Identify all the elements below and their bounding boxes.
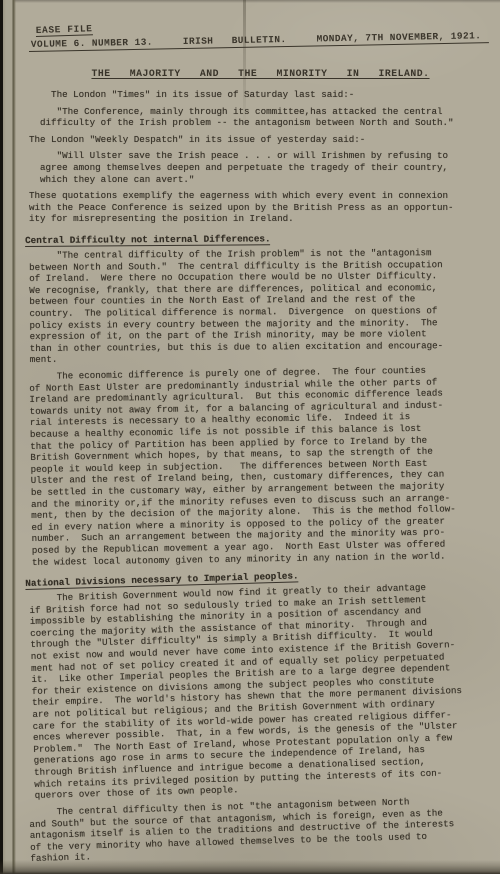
file-label: EASE FILE <box>36 23 93 37</box>
text-line: "Will Ulster save the Irish peace . . . … <box>29 150 492 162</box>
text-line: which they alone can avert." <box>29 174 492 186</box>
text-line: The London "Weekly Despatch" in its issu… <box>29 134 492 146</box>
paper: EASE FILE VOLUME 6. NUMBER 13. IRISH BUL… <box>16 0 500 874</box>
page-bottom-edge <box>0 860 500 874</box>
text-line: The London "Times" in its issue of Satur… <box>29 89 492 101</box>
page-left-edge <box>0 0 16 874</box>
paragraph: The London "Weekly Despatch" in its issu… <box>29 134 492 146</box>
text-line: with the Peace Conference is seized upon… <box>29 202 492 214</box>
paragraph: "The central difficulty of the Irish pro… <box>29 247 493 366</box>
paragraph: The British Government would now find it… <box>29 580 498 802</box>
paragraph: The economic difference is purely one of… <box>29 364 495 568</box>
paragraph: "The Conference, mainly through its comm… <box>29 106 492 129</box>
text-line: difficulty of the Irish problem -- the a… <box>29 117 492 129</box>
heading-text: Central Difficulty not internal Differen… <box>25 233 271 247</box>
text-line: These quotations exemplify the eagerness… <box>29 190 492 202</box>
page-title-text: THE MAJORITY AND THE MINORITY IN IRELAND… <box>91 68 429 79</box>
text-line: agree among themselves deepen and perpet… <box>29 162 492 174</box>
masthead: EASE FILE VOLUME 6. NUMBER 13. IRISH BUL… <box>29 20 492 52</box>
page-title: THE MAJORITY AND THE MINORITY IN IRELAND… <box>29 68 492 79</box>
paragraph: The central difficulty then is not "the … <box>29 794 493 865</box>
paragraph: The London "Times" in its issue of Satur… <box>29 89 492 101</box>
text-line: "The Conference, mainly through its comm… <box>29 106 492 118</box>
issue-date: MONDAY, 7TH NOVEMBER, 1921. <box>316 30 481 44</box>
scanned-page: EASE FILE VOLUME 6. NUMBER 13. IRISH BUL… <box>0 0 500 874</box>
text-line: ity for misrepresenting the position in … <box>29 213 492 225</box>
masthead-line: VOLUME 6. NUMBER 13. IRISH BULLETIN. MON… <box>29 30 490 52</box>
paragraph: These quotations exemplify the eagerness… <box>29 190 492 225</box>
bulletin-name: IRISH BULLETIN. <box>183 34 287 47</box>
paragraph: "Will Ulster save the Irish peace . . . … <box>29 150 492 185</box>
volume-number: VOLUME 6. NUMBER 13. <box>31 37 153 50</box>
section-heading: Central Difficulty not internal Differen… <box>25 227 492 248</box>
document-body: The London "Times" in its issue of Satur… <box>29 89 492 865</box>
